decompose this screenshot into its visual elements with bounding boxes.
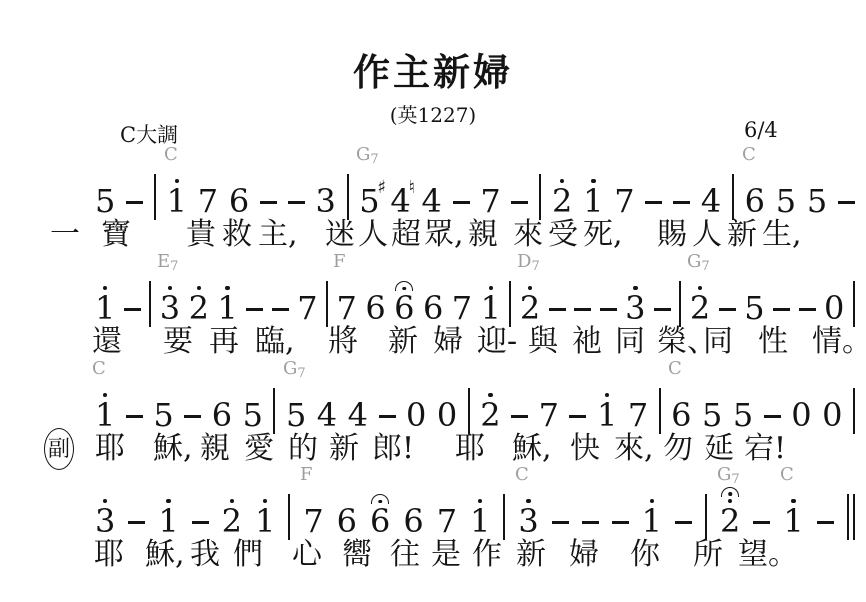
notation-system: 1321776667123250E7FD7G7還要再臨,將新婦迎-與祂同榮、同性… [0,253,866,359]
dash-note [574,267,591,323]
lyric-segment: 性 [758,323,788,361]
dash-note [673,160,690,216]
note-digit: 6 [423,293,443,323]
note-token: 6 [370,480,390,536]
dash-mark [600,308,617,311]
note-token: 5 [95,160,115,216]
note-digit: 2 [480,400,500,430]
note-token: 6 [745,160,765,216]
barline [853,267,855,323]
note-digit: 3 [315,186,335,216]
dash-note [126,374,143,430]
lyric-segment: 將 [328,323,358,361]
note-token: 7 [303,480,323,536]
dash-note [753,480,770,536]
dash-mark [272,308,289,311]
barline-mark [326,281,328,327]
lyric-segment: 貴 [186,216,216,254]
note-token: 2 [552,160,572,216]
note-digit: 6 [229,186,249,216]
note-digit: 3 [160,293,180,323]
note-digit: 2 [222,506,242,536]
barline [509,267,511,323]
note-digit: 6 [212,400,232,430]
dash-note [184,374,201,430]
barline [273,374,275,430]
dash-note [612,480,629,536]
dash-note [124,267,141,323]
lyric-segment: 同 [615,323,645,361]
note-digit: 5 [153,400,173,430]
lyric-segment: 穌, [145,536,185,574]
lyric-segment: 新 [329,430,359,468]
lyrics-row: 還要再臨,將新婦迎-與祂同榮、同性情。 [0,323,866,363]
lyric-segment: 迎- [477,323,517,361]
note-digit: 4♮ [422,186,442,216]
lyric-segment: 們 [233,536,263,574]
lyric-segment: 延 [704,430,734,468]
note-digit: 2 [552,186,572,216]
dash-mark [675,521,692,524]
notation-system: 5176354♯4♮72174655CG7C一寶貴救主,迷人超眾,親來受死,賜人… [0,146,866,252]
barline [347,160,349,216]
note-digit: 0 [406,400,426,430]
note-digit: 5 [744,293,764,323]
note-digit: 1 [95,293,115,323]
dash-note [773,267,790,323]
lyric-segment: 穌, [153,430,193,468]
dash-note [272,267,289,323]
note-digit: 0 [791,400,811,430]
note-token: 7 [297,267,317,323]
notes-row: 156554400271765500 [95,374,855,430]
barline-mark [509,281,511,327]
lyric-segment: 望。 [738,536,798,574]
note-digit: 1 [470,506,490,536]
note-digit: 1 [167,186,187,216]
lyric-segment: 賜 [657,216,687,254]
dash-note [719,267,736,323]
note-token: 1 [583,160,603,216]
note-token: 1 [597,374,617,430]
barline-mark [539,174,541,220]
lyric-segment: 耶 [94,536,124,574]
barline [847,480,855,536]
barline-mark [732,174,734,220]
barline [679,267,681,323]
dash-mark [719,308,736,311]
note-token: 7 [198,160,218,216]
chord-label: G7 [283,360,306,383]
lyric-segment: 救 [222,216,252,254]
dash-mark [753,521,770,524]
lyric-segment: 眾, [424,216,464,254]
lyric-segment: 要 [163,323,193,361]
note-digit: 7 [452,293,472,323]
dash-note [838,160,855,216]
lyric-segment: 還 [92,323,122,361]
dash-mark [569,415,586,418]
note-token: 2 [189,267,209,323]
note-digit: 4 [317,400,337,430]
note-token: 1 [642,480,662,536]
dash-mark [799,308,816,311]
note-digit: 1 [158,506,178,536]
dash-note [128,480,145,536]
note-digit: 1 [217,293,237,323]
lyric-segment: 親 [200,430,230,468]
lyric-segment: 一 [50,216,80,254]
note-digit: 3 [625,293,645,323]
note-digit: 1 [642,506,662,536]
note-token: 3 [518,480,538,536]
lyric-segment: 人 [692,216,722,254]
note-digit: 6 [745,186,765,216]
barline [732,160,734,216]
lyric-segment: 嚮 [342,536,372,574]
note-digit: 6 [365,293,385,323]
note-digit: 1 [583,186,603,216]
dash-mark [654,308,671,311]
note-digit: 2 [189,293,209,323]
lyric-segment: 與 [528,323,558,361]
note-token: 0 [437,374,457,430]
dash-note [552,480,569,536]
chord-label: C [780,466,794,484]
dash-note [260,160,277,216]
chord-label: G7 [717,466,740,489]
lyric-segment: 祂 [572,323,602,361]
barline-mark [679,281,681,327]
lyric-segment: 所 [693,536,723,574]
lyric-segment: 情。 [812,323,866,361]
lyric-segment: 同 [703,323,733,361]
time-signature: 6/4 [744,118,778,142]
note-token: 6 [423,267,443,323]
note-digit: 6 [337,506,357,536]
dash-mark [192,521,209,524]
dash-note [764,374,781,430]
note-token: 1 [470,480,490,536]
barline [503,480,505,536]
barline [659,374,661,430]
double-barline-mark [847,494,855,540]
dash-note [192,480,209,536]
chord-label: C [742,146,756,164]
note-token: 3 [95,480,115,536]
note-digit: 7 [628,400,648,430]
note-token: 7 [539,374,559,430]
dash-mark [773,308,790,311]
dash-mark [288,201,305,204]
note-token: 6 [403,480,423,536]
lyrics-row: 副耶穌,親愛的新郎!耶穌,快來,勿延宕! [0,430,866,470]
dash-note [817,480,834,536]
note-digit: 0 [824,293,844,323]
chord-label: C [515,466,529,484]
barline-mark [273,388,275,434]
dash-note [675,480,692,536]
barline [853,374,855,430]
note-digit: 1 [255,506,275,536]
notes-row: 1321776667123250 [95,267,855,323]
note-digit: 7 [437,506,457,536]
barline [539,160,541,216]
dash-mark [124,308,141,311]
dash-mark [260,201,277,204]
lyric-segment: 受 [548,216,578,254]
lyric-segment: 的 [288,430,318,468]
barline-mark [149,281,151,327]
dash-note [288,160,305,216]
dash-mark [612,521,629,524]
note-token: 1 [481,267,501,323]
note-token: 5 [807,160,827,216]
sharp-icon: ♯ [377,179,386,197]
dash-mark [645,201,662,204]
note-digit: 5 [733,400,753,430]
lyric-segment: 死, [583,216,623,254]
barline-mark [347,174,349,220]
note-token: 4 [317,374,337,430]
note-digit: 5 [807,186,827,216]
note-token: 0 [791,374,811,430]
dash-note [799,267,816,323]
note-token: 1 [255,480,275,536]
lyric-segment: 再 [209,323,239,361]
dash-mark [184,415,201,418]
dash-note [511,160,528,216]
chord-label: G7 [687,253,710,276]
notes-row: 31217666713121 [95,480,855,536]
chord-row: E7FD7G7 [0,253,866,271]
note-digit: 2 [520,293,540,323]
barline [288,480,290,536]
barline [705,480,707,536]
lyric-segment: 親 [468,216,498,254]
dash-mark [128,521,145,524]
dash-mark [126,415,143,418]
lyric-segment: 耶 [95,430,125,468]
hymn-title: 作主新婦 [0,42,866,96]
note-digit: 5 [776,186,796,216]
note-token: 4♮ [422,160,442,216]
dash-mark [246,308,263,311]
note-digit: 1 [95,400,115,430]
note-digit: 6 [671,400,691,430]
note-digit: 6 [394,293,414,323]
lyric-segment: 宕! [744,430,786,468]
dash-note [549,267,566,323]
note-token: 6 [365,267,385,323]
note-token: 7 [614,160,634,216]
note-digit: 6 [403,506,423,536]
barline [326,267,328,323]
barline [149,267,151,323]
barline [154,160,156,216]
lyric-segment: 寶 [101,216,131,254]
lyric-segment: 臨, [255,323,295,361]
note-token: 7 [628,374,648,430]
barline-mark [853,388,855,434]
note-token: 1 [217,267,237,323]
barline-mark [154,174,156,220]
hymn-sheet-page: 作主新婦 (英1227) C大調 6/4 5176354♯4♮72174655C… [0,0,866,602]
note-token: 6 [212,374,232,430]
note-token: 6 [671,374,691,430]
lyrics-row: 耶穌,我們心嚮往是作新婦你所望。 [0,536,866,576]
lyric-segment: 新 [727,216,757,254]
dash-mark [552,521,569,524]
dash-mark [511,415,528,418]
lyric-segment: 生, [762,216,802,254]
chord-label: C [92,360,106,378]
chord-label: G7 [356,146,379,169]
note-token: 1 [95,267,115,323]
dash-note [126,160,143,216]
note-digit: 1 [783,506,803,536]
note-digit: 7 [539,400,559,430]
note-token: 5 [733,374,753,430]
note-digit: 5 [286,400,306,430]
note-digit: 4 [348,400,368,430]
dash-mark [126,201,143,204]
refrain-mark: 副 [44,428,74,470]
barline-mark [705,494,707,540]
lyric-segment: 來 [513,216,543,254]
dash-mark [453,201,470,204]
dash-note [645,160,662,216]
chord-label: E7 [157,253,178,276]
note-digit: 3 [518,506,538,536]
lyric-segment: 愛 [244,430,274,468]
note-digit: 7 [480,186,500,216]
lyric-segment: 主, [258,216,298,254]
note-digit: 0 [437,400,457,430]
lyric-segment: 往 [390,536,420,574]
barline-mark [503,494,505,540]
notation-system: 156554400271765500CG7C副耶穌,親愛的新郎!耶穌,快來,勿延… [0,360,866,466]
note-token: 7 [452,267,472,323]
note-digit: 5 [243,400,263,430]
note-digit: 7 [336,293,356,323]
note-token: 5 [153,374,173,430]
lyrics-row: 一寶貴救主,迷人超眾,親來受死,賜人新生, [0,216,866,256]
lyric-segment: 我 [190,536,220,574]
lyric-segment: 你 [630,536,660,574]
dash-mark [673,201,690,204]
dash-mark [764,415,781,418]
dash-note [379,374,396,430]
dash-note [569,374,586,430]
lyric-segment: 新 [516,536,546,574]
dash-mark [379,415,396,418]
chord-row: CG7C [0,146,866,164]
note-token: 3 [625,267,645,323]
dash-note [246,267,263,323]
lyric-segment: 勿 [663,430,693,468]
note-token: 5 [744,267,764,323]
note-token: 7 [437,480,457,536]
note-token: 7 [480,160,500,216]
note-digit: 6 [370,506,390,536]
barline-mark [288,494,290,540]
note-digit: 7 [614,186,634,216]
note-token: 3 [315,160,335,216]
dash-mark [838,201,855,204]
note-digit: 1 [481,293,501,323]
lyric-segment: 心 [292,536,322,574]
notation-system: 31217666713121FCG7C耶穌,我們心嚮往是作新婦你所望。 [0,466,866,572]
barline [468,374,470,430]
note-token: 5 [776,160,796,216]
lyric-segment: 婦 [433,323,463,361]
note-digit: 5 [95,186,115,216]
note-token: 0 [824,267,844,323]
lyric-segment: 迷 [325,216,355,254]
note-digit: 3 [95,506,115,536]
note-digit: 2 [690,293,710,323]
lyric-segment: 穌, [512,430,552,468]
note-token: 0 [822,374,842,430]
lyric-segment: 是 [431,536,461,574]
lyric-segment: 郎! [372,430,414,468]
lyric-segment: 人 [358,216,388,254]
dash-mark [574,308,591,311]
note-token: 4 [701,160,721,216]
lyric-segment: 來, [614,430,654,468]
lyric-segment: 耶 [455,430,485,468]
dash-mark [817,521,834,524]
note-token: 1 [167,160,187,216]
dash-note [453,160,470,216]
note-digit: 5 [702,400,722,430]
note-token: 5 [702,374,722,430]
note-token: 7 [336,267,356,323]
chord-label: F [300,466,313,484]
note-token: 5 [243,374,263,430]
dash-note [582,480,599,536]
note-token: 4 [348,374,368,430]
note-digit: 7 [303,506,323,536]
note-digit: 7 [297,293,317,323]
notes-row: 5176354♯4♮72174655 [95,160,855,216]
note-token: 2 [222,480,242,536]
chord-row: FCG7C [0,466,866,484]
lyric-segment: 婦 [569,536,599,574]
note-digit: 4 [701,186,721,216]
dash-note [600,267,617,323]
note-token: 0 [406,374,426,430]
note-token: 6 [229,160,249,216]
note-token: 1 [158,480,178,536]
barline-mark [468,388,470,434]
note-token: 1 [95,374,115,430]
note-token: 6 [394,267,414,323]
barline-mark [659,388,661,434]
lyric-segment: 作 [472,536,502,574]
lyric-segment: 超 [391,216,421,254]
note-digit: 0 [822,400,842,430]
note-token: 6 [337,480,357,536]
dash-mark [511,201,528,204]
note-digit: 2 [720,506,740,536]
note-digit: 1 [597,400,617,430]
note-token: 1 [783,480,803,536]
lyric-segment: 新 [388,323,418,361]
dash-note [511,374,528,430]
natural-icon: ♮ [409,179,415,197]
